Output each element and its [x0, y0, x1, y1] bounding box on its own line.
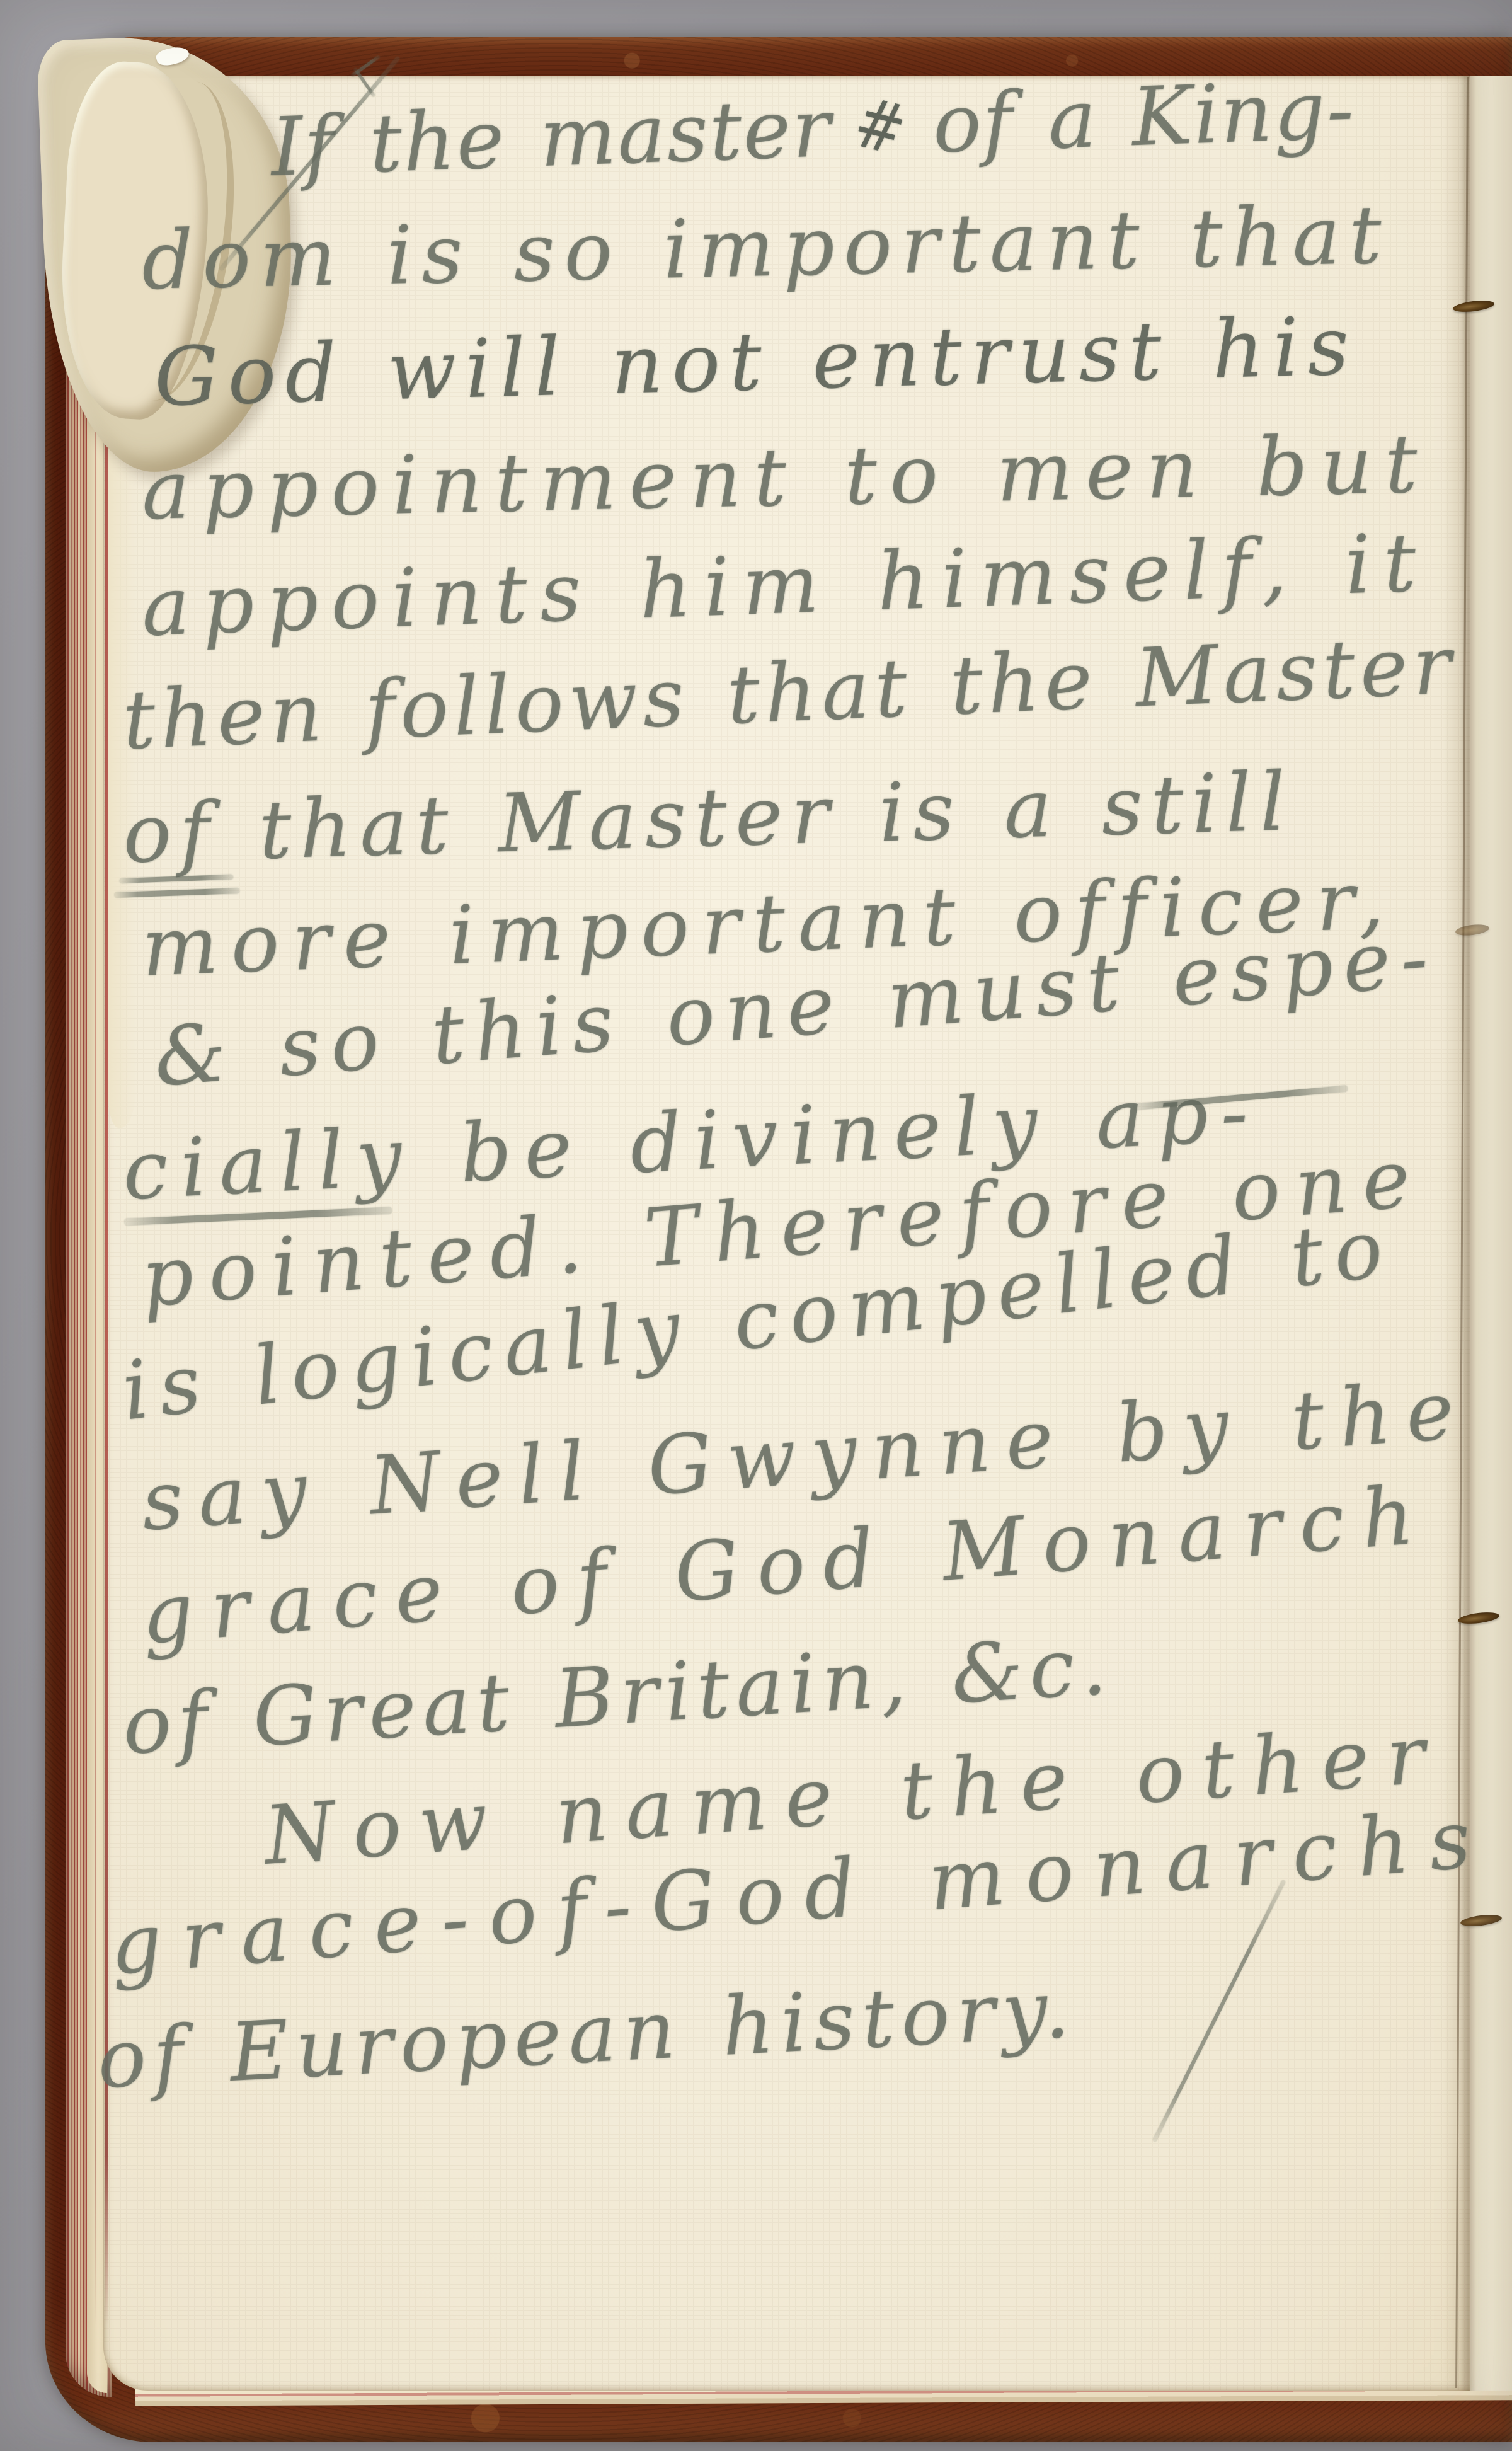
underlined-word-espe: espe-: [1169, 910, 1441, 1025]
handwriting-text: of a King-: [896, 63, 1356, 173]
facing-page-edge: [1470, 76, 1512, 2391]
red-stained-page-edge: [105, 208, 108, 2325]
handwriting-text: If the master: [269, 80, 868, 195]
underlined-word-cially: cially: [120, 1110, 416, 1219]
underlined-word-of: of: [122, 785, 219, 881]
red-stained-page-edge-faint: [95, 208, 96, 2325]
notebook-photo: If the master # of a King- dom is so imp…: [0, 0, 1512, 2451]
